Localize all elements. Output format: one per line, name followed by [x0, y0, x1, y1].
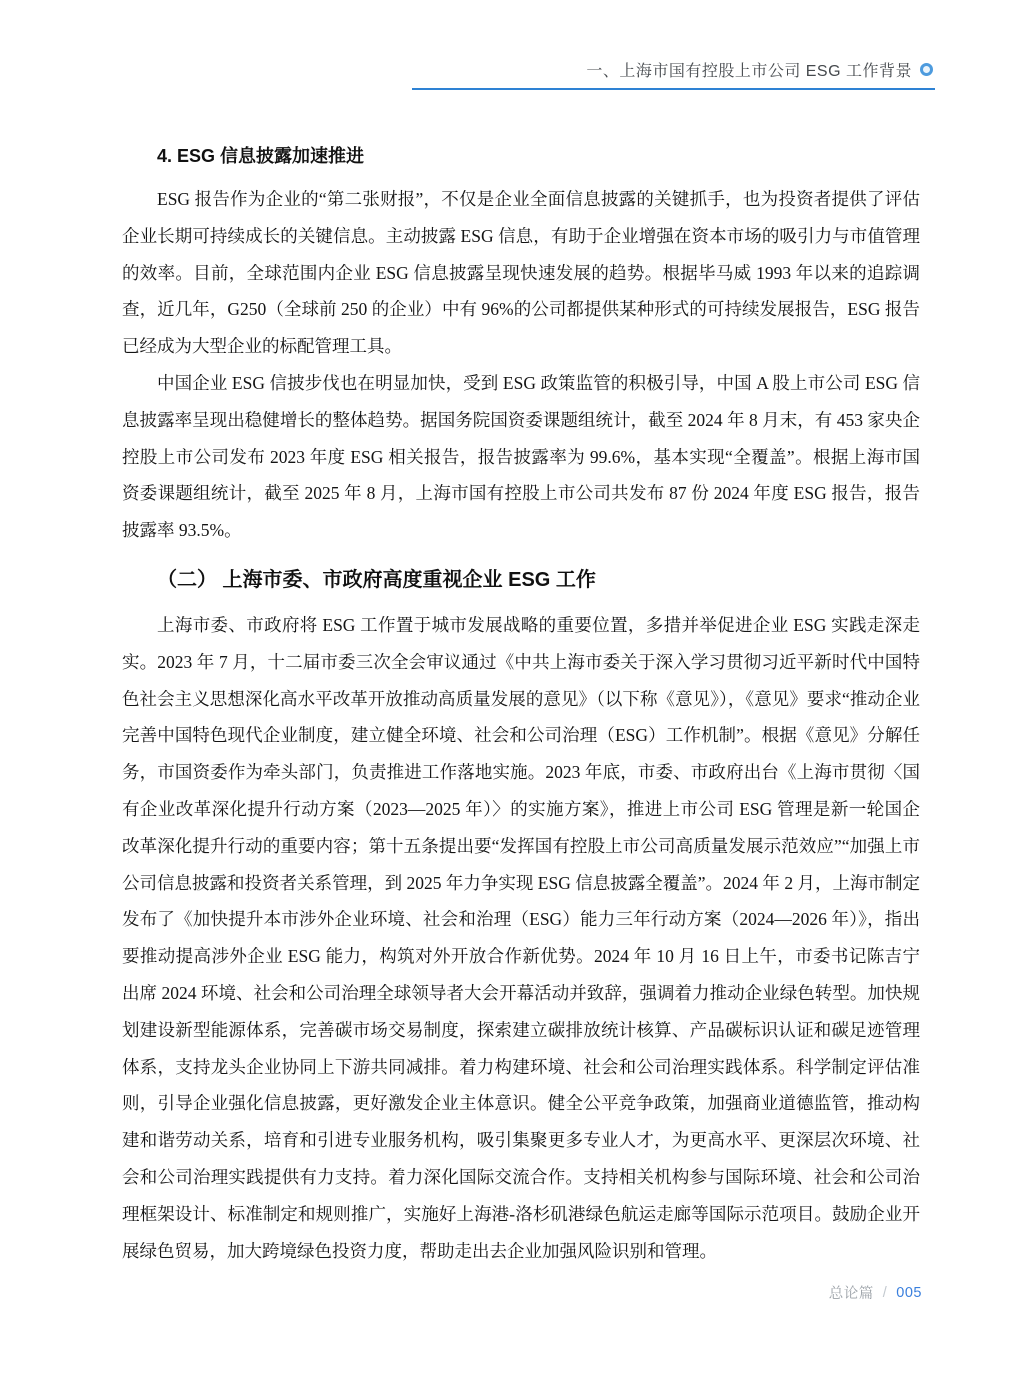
- paragraph-esg-disclosure-global: ESG 报告作为企业的“第二张财报”，不仅是企业全面信息披露的关键抓手，也为投资…: [122, 181, 920, 365]
- ring-icon: [920, 63, 933, 76]
- chapter-title: 一、上海市国有控股上市公司 ESG 工作背景: [586, 58, 912, 81]
- page-number: 005: [896, 1285, 922, 1301]
- paragraph-china-esg-disclosure: 中国企业 ESG 信披步伐也在明显加快，受到 ESG 政策监管的积极引导，中国 …: [122, 365, 920, 549]
- footer-separator: /: [883, 1285, 888, 1301]
- section-heading-2: （二） 上海市委、市政府高度重视企业 ESG 工作: [157, 566, 920, 594]
- header-rule: [412, 88, 935, 90]
- footer-section-label: 总论篇: [829, 1282, 874, 1303]
- running-header: 一、上海市国有控股上市公司 ESG 工作背景: [412, 58, 935, 90]
- document-page: 一、上海市国有控股上市公司 ESG 工作背景 4. ESG 信息披露加速推进 E…: [0, 0, 1020, 1375]
- subsection-heading-4: 4. ESG 信息披露加速推进: [157, 144, 920, 168]
- running-header-row: 一、上海市国有控股上市公司 ESG 工作背景: [586, 58, 935, 81]
- paragraph-shanghai-government-esg: 上海市委、市政府将 ESG 工作置于城市发展战略的重要位置，多措并举促进企业 E…: [122, 607, 920, 1269]
- page-footer: 总论篇 / 005: [829, 1282, 922, 1303]
- page-body: 4. ESG 信息披露加速推进 ESG 报告作为企业的“第二张财报”，不仅是企业…: [122, 144, 920, 1269]
